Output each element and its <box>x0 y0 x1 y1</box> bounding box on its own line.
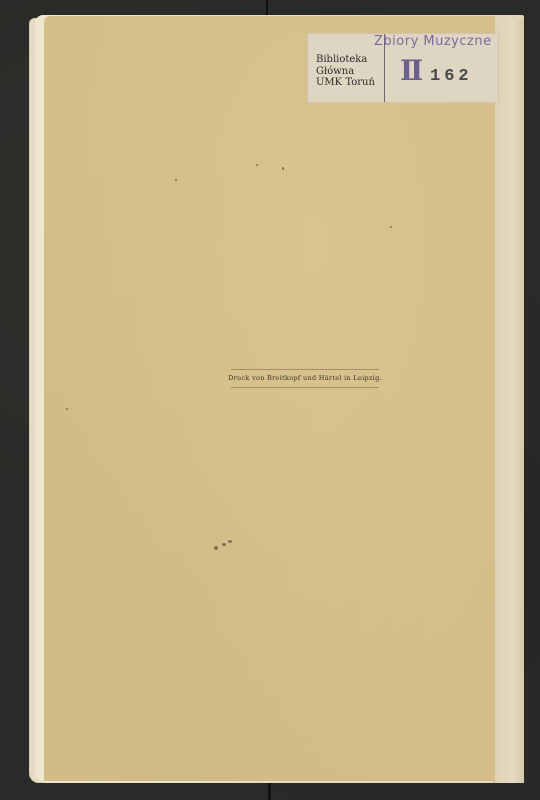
institution-line: UMK Toruń <box>316 77 375 89</box>
book-page <box>44 16 495 781</box>
institution-line: Biblioteka <box>316 54 375 66</box>
scan-edge-mark-bottom <box>268 782 271 800</box>
collection-numeral: II <box>400 56 420 86</box>
foxing-spot <box>256 164 258 166</box>
imprint-text: Druck von Breitkopf und Härtel in Leipzi… <box>227 370 383 387</box>
institution-name: Biblioteka Główna UMK Toruń <box>316 54 375 89</box>
collection-stamp: Zbiory Muzyczne <box>374 34 492 49</box>
foxing-spot <box>390 226 392 228</box>
foxing-spot <box>66 408 68 410</box>
stain-spot <box>228 540 232 543</box>
right-paper-strip <box>494 18 524 783</box>
shelf-number: 162 <box>430 67 473 86</box>
institution-line: Główna <box>316 66 375 78</box>
printer-imprint: Druck von Breitkopf und Härtel in Leipzi… <box>227 369 383 388</box>
foxing-spot <box>175 179 177 181</box>
stain-spot <box>222 543 226 546</box>
imprint-rule-top <box>231 369 379 370</box>
stain-spot <box>214 546 218 550</box>
scan-edge-mark-top <box>266 0 268 16</box>
imprint-rule-bottom <box>231 387 379 388</box>
library-shelf-label: Biblioteka Główna UMK Toruń Zbiory Muzyc… <box>308 34 498 102</box>
foxing-spot <box>282 167 284 170</box>
